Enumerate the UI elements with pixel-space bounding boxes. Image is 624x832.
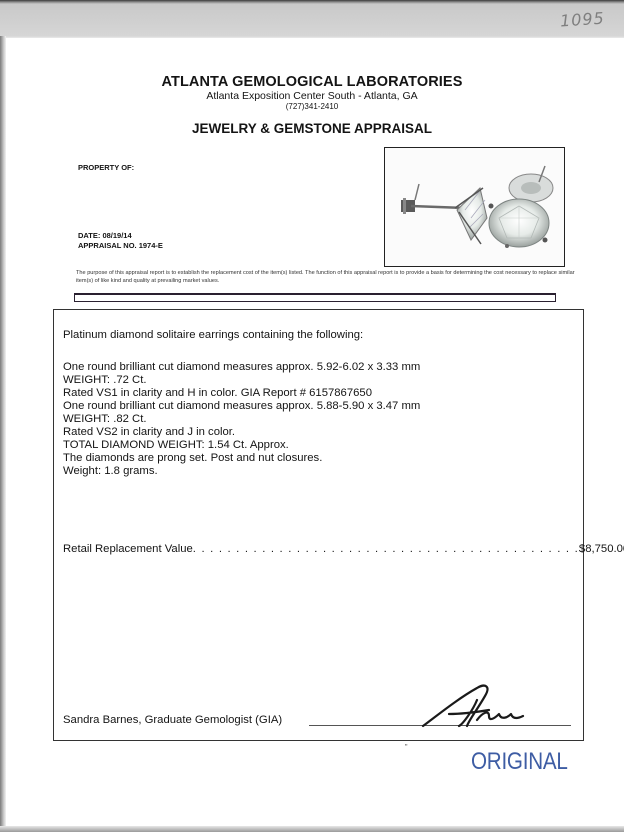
description-line: One round brilliant cut diamond measures… <box>63 400 420 412</box>
description-line: Rated VS2 in clarity and J in color. <box>63 426 235 438</box>
purpose-divider-bar <box>74 293 556 302</box>
purpose-statement: The purpose of this appraisal report is … <box>76 270 576 285</box>
description-line: The diamonds are prong set. Post and nut… <box>63 452 322 464</box>
appraisal-date: DATE: 08/19/14 <box>78 231 132 240</box>
appraiser-name: Sandra Barnes, Graduate Gemologist (GIA) <box>63 714 282 726</box>
original-stamp: ORIGINAL <box>471 748 568 776</box>
property-of-label: PROPERTY OF: <box>78 163 134 172</box>
description-line: WEIGHT: .82 Ct. <box>63 413 147 425</box>
appraisal-number: APPRAISAL NO. 1974-E <box>78 241 163 250</box>
description-line: TOTAL DIAMOND WEIGHT: 1.54 Ct. Approx. <box>63 439 289 451</box>
value-label: Retail Replacement Value <box>63 543 193 555</box>
document-title: JEWELRY & GEMSTONE APPRAISAL <box>0 121 624 136</box>
value-leader-dots: . . . . . . . . . . . . . . . . . . . . … <box>193 543 579 555</box>
description-line: WEIGHT: .72 Ct. <box>63 374 147 386</box>
retail-replacement-value: Retail Replacement Value. . . . . . . . … <box>63 543 568 555</box>
description-line: One round brilliant cut diamond measures… <box>63 361 420 373</box>
scan-mark: " <box>405 744 408 751</box>
lab-phone: (727)341-2410 <box>0 102 624 111</box>
handwritten-number: 1095 <box>559 8 605 30</box>
scan-left-edge <box>0 36 6 832</box>
description-intro: Platinum diamond solitaire earrings cont… <box>63 329 363 341</box>
appraisal-description-box: Platinum diamond solitaire earrings cont… <box>53 309 584 741</box>
handwritten-signature <box>419 680 529 730</box>
earrings-photo <box>384 147 565 267</box>
description-line: Weight: 1.8 grams. <box>63 465 158 477</box>
lab-address: Atlanta Exposition Center South - Atlant… <box>0 90 624 102</box>
value-amount: $8,750.00 <box>579 543 624 555</box>
earrings-illustration <box>385 148 565 267</box>
lab-name: ATLANTA GEMOLOGICAL LABORATORIES <box>0 74 624 90</box>
scan-top-edge <box>0 0 624 38</box>
description-line: Rated VS1 in clarity and H in color. GIA… <box>63 387 372 399</box>
scan-bottom-edge <box>0 826 624 832</box>
